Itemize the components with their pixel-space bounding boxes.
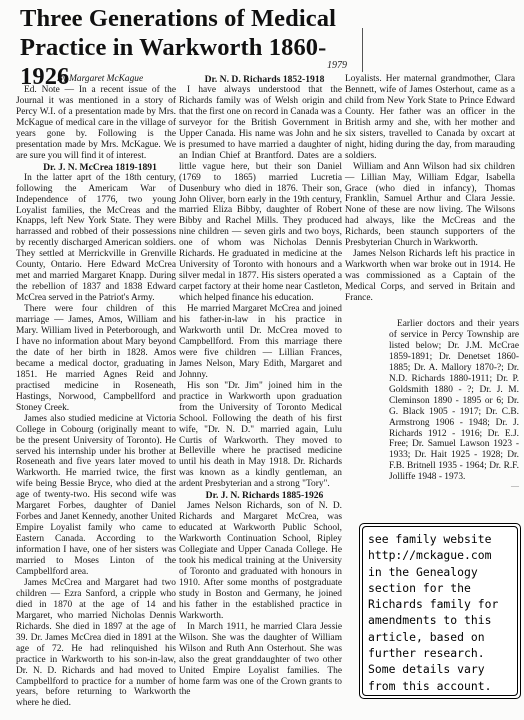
editor-note: Ed. Note — In a recent issue of the Jour…	[16, 85, 176, 162]
paragraph: I have always understood that the Richar…	[179, 85, 342, 304]
handwritten-year: 1979	[327, 60, 347, 71]
paragraph: In March 1911, he married Clara Jessie W…	[179, 622, 342, 699]
sidebar-text: Earlier doctors and their years of servi…	[389, 319, 519, 483]
column-2: Dr. N. D. Richards 1852-1918 I have alwa…	[179, 74, 342, 698]
paragraph: He married Margaret McCrea and joined hi…	[179, 304, 342, 381]
earlier-doctors-sidebar: Earlier doctors and their years of servi…	[389, 319, 519, 492]
title-divider	[362, 28, 363, 72]
byline: By Margaret McKague	[16, 74, 176, 85]
paragraph: In the latter aprt of the 18th century, …	[16, 173, 176, 304]
paragraph: James also studied medicine at Victoria …	[16, 414, 176, 578]
paragraph: His son "Dr. Jim" joined him in the prac…	[179, 381, 342, 491]
paragraph: William and Ann Wilson had six children …	[345, 162, 515, 250]
section-heading-mccrea: Dr. J. N. McCrea 1819-1891	[16, 162, 176, 173]
section-heading-nd-richards: Dr. N. D. Richards 1852-1918	[179, 74, 342, 85]
paragraph: Loyalists. Her maternal grandmother, Cla…	[345, 74, 515, 162]
paragraph: James Nelson Richards left his practice …	[345, 249, 515, 304]
paragraph: James McCrea and Margaret had two childr…	[16, 578, 176, 709]
family-website-note: see family website http://mckague.com in…	[359, 523, 521, 699]
paragraph: James Nelson Richards, son of N. D. Rich…	[179, 501, 342, 621]
section-heading-jn-richards: Dr. J. N. Richards 1885-1926	[179, 490, 342, 501]
column-1: By Margaret McKague Ed. Note — In a rece…	[16, 74, 176, 709]
column-3: Loyalists. Her maternal grandmother, Cla…	[345, 74, 515, 304]
newspaper-clipping: Three Generations of Medical Practice in…	[0, 0, 524, 720]
paragraph: There were four children of this marriag…	[16, 304, 176, 414]
note-text: see family website http://mckague.com in…	[362, 526, 518, 696]
